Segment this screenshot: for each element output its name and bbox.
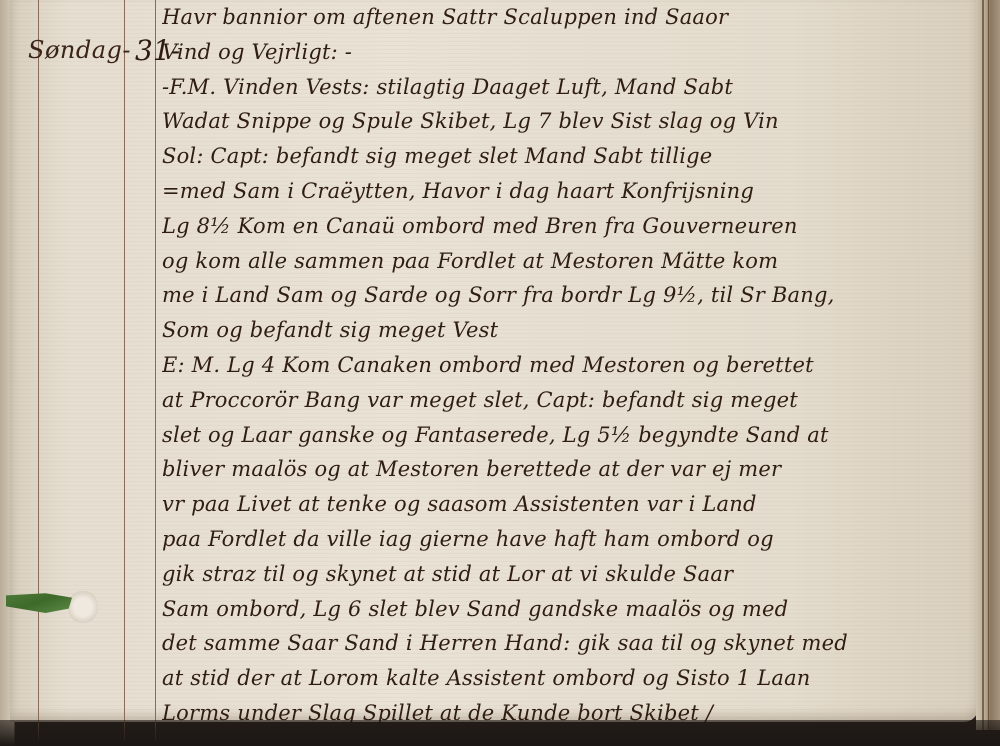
entry-line: Sol: Capt: befandt sig meget slet Mand S…	[162, 139, 982, 174]
entry-line: at Proccorör Bang var meget slet, Capt: …	[162, 383, 982, 418]
manuscript-page: Søndag- 31- Havr bannior om aftenen Satt…	[10, 0, 978, 722]
entry-line: -F.M. Vinden Vests: stilagtig Daaget Luf…	[162, 70, 982, 105]
entry-line: at stid der at Lorom kalte Assistent omb…	[162, 661, 982, 696]
edge-line	[982, 0, 984, 730]
entry-line: =med Sam i Craëytten, Havor i dag haart …	[162, 174, 982, 209]
entry-line: vr paa Livet at tenke og saasom Assisten…	[162, 487, 982, 522]
entry-line: E: M. Lg 4 Kom Canaken ombord med Mestor…	[162, 348, 982, 383]
entry-line: bliver maalös og at Mestoren berettede a…	[162, 452, 982, 487]
entry-line: gik straz til og skynet at stid at Lor a…	[162, 557, 982, 592]
entry-line: slet og Laar ganske og Fantaserede, Lg 5…	[162, 418, 982, 453]
bottom-shadow	[0, 720, 1000, 746]
binding-hole	[68, 590, 98, 624]
log-entry: Havr bannior om aftenen Sattr Scaluppen …	[162, 0, 982, 731]
binding-margin-line	[38, 0, 39, 740]
entry-line: det samme Saar Sand i Herren Hand: gik s…	[162, 626, 982, 661]
day-column-rule	[124, 0, 125, 740]
entry-line: Lg 8½ Kom en Canaü ombord med Bren fra G…	[162, 209, 982, 244]
entry-line: Vind og Vejrligt: -	[162, 35, 982, 70]
entry-line: Sam ombord, Lg 6 slet blev Sand gandske …	[162, 592, 982, 627]
entry-line: Havr bannior om aftenen Sattr Scaluppen …	[162, 0, 982, 35]
entry-line: paa Fordlet da ville iag gierne have haf…	[162, 522, 982, 557]
edge-line	[988, 0, 989, 730]
entry-line: Wadat Snippe og Spule Skibet, Lg 7 blev …	[162, 104, 982, 139]
entry-line: og kom alle sammen paa Fordlet at Mestor…	[162, 244, 982, 279]
date-column-rule	[155, 0, 156, 740]
book-fore-edge	[976, 0, 1000, 730]
entry-line: Som og befandt sig meget Vest	[162, 313, 982, 348]
entry-line: me i Land Sam og Sarde og Sorr fra bordr…	[162, 278, 982, 313]
day-label: Søndag-	[28, 36, 131, 64]
